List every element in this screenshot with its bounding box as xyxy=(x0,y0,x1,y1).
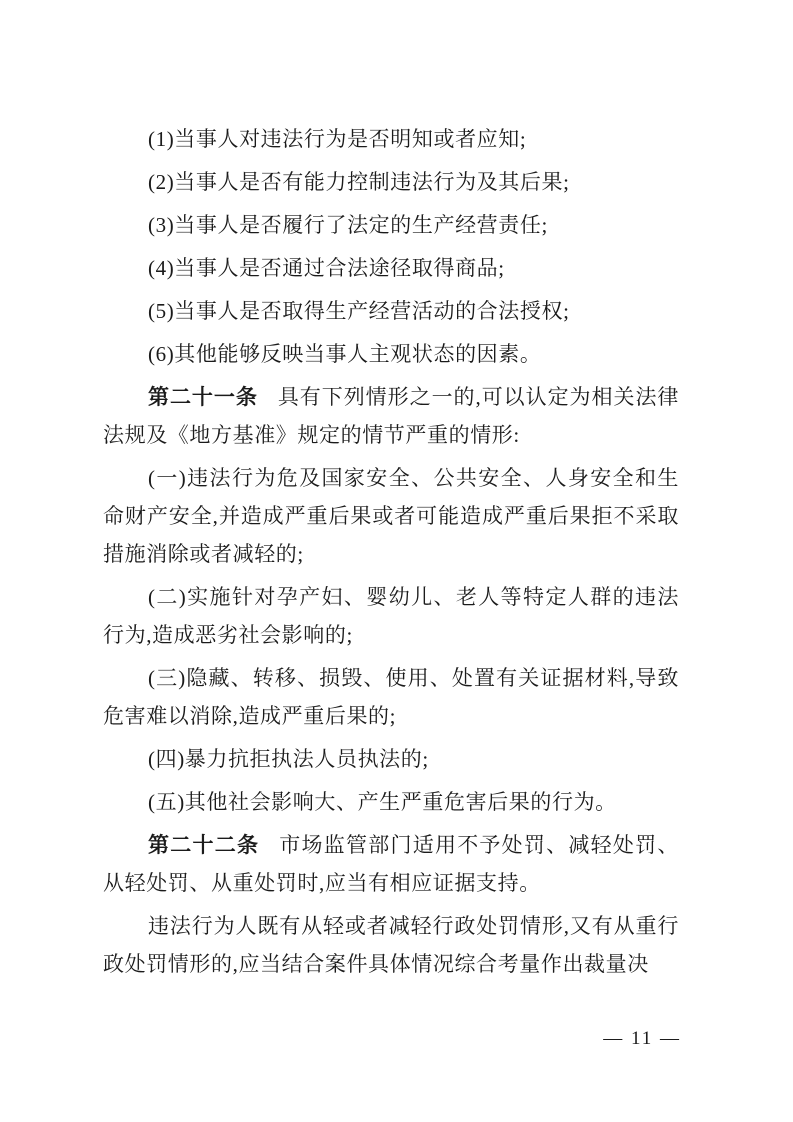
numbered-item-6: (6)其他能够反映当事人主观状态的因素。 xyxy=(103,335,679,373)
sub-item-1: (一)违法行为危及国家安全、公共安全、人身安全和生命财产安全,并造成严重后果或者… xyxy=(103,459,679,573)
article-22-paragraph: 第二十二条市场监管部门适用不予处罚、减轻处罚、从轻处罚、从重处罚时,应当有相应证… xyxy=(103,826,679,902)
sub-item-4: (四)暴力抗拒执法人员执法的; xyxy=(103,740,679,778)
sub-item-3: (三)隐藏、转移、损毁、使用、处置有关证据材料,导致危害难以消除,造成严重后果的… xyxy=(103,659,679,735)
numbered-item-2: (2)当事人是否有能力控制违法行为及其后果; xyxy=(103,163,679,201)
numbered-item-3: (3)当事人是否履行了法定的生产经营责任; xyxy=(103,206,679,244)
page-footer: — 11 — xyxy=(603,1028,681,1050)
article-21-paragraph: 第二十一条具有下列情形之一的,可以认定为相关法律法规及《地方基准》规定的情节严重… xyxy=(103,378,679,454)
sub-item-5: (五)其他社会影响大、产生严重危害后果的行为。 xyxy=(103,783,679,821)
sub-item-2: (二)实施针对孕产妇、婴幼儿、老人等特定人群的违法行为,造成恶劣社会影响的; xyxy=(103,578,679,654)
numbered-item-4: (4)当事人是否通过合法途径取得商品; xyxy=(103,249,679,287)
article-22-number: 第二十二条 xyxy=(148,833,259,857)
page-number: — 11 — xyxy=(603,1028,681,1049)
numbered-item-1: (1)当事人对违法行为是否明知或者应知; xyxy=(103,120,679,158)
document-page: (1)当事人对违法行为是否明知或者应知; (2)当事人是否有能力控制违法行为及其… xyxy=(0,0,793,1122)
article-21-number: 第二十一条 xyxy=(148,385,258,409)
numbered-item-5: (5)当事人是否取得生产经营活动的合法授权; xyxy=(103,292,679,330)
body-paragraph: 违法行为人既有从轻或者减轻行政处罚情形,又有从重行政处罚情形的,应当结合案件具体… xyxy=(103,907,679,983)
document-body: (1)当事人对违法行为是否明知或者应知; (2)当事人是否有能力控制违法行为及其… xyxy=(103,120,679,988)
